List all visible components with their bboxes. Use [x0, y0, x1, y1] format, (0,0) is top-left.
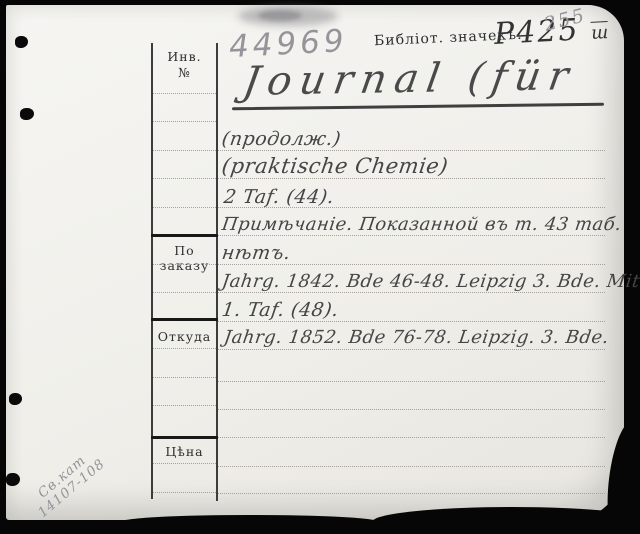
entry-line-4: Примѣчаніе. Показанной въ т. 43 таб.: [221, 214, 623, 235]
ruled-line: [218, 493, 605, 494]
ruled-line: [153, 377, 216, 378]
torn-edge-bottom-left: [120, 515, 380, 529]
entry-line-8: Jahrg. 1852. Bde 76-78. Leipzig. 3. Bde.: [223, 327, 611, 348]
ruled-line: [153, 405, 216, 406]
ruled-line: [218, 207, 605, 208]
column-border-line: [216, 43, 218, 501]
ruled-line: [153, 348, 216, 349]
entry-line-5: нѣтъ.: [220, 242, 292, 264]
ruled-line: [218, 437, 605, 438]
entry-line-6: Jahrg. 1842. Bde 46-48. Leipzig 3. Bde. …: [221, 271, 640, 292]
entry-line-2: (praktische Chemie): [220, 154, 449, 178]
ruled-line: [153, 292, 216, 293]
ruled-line: [218, 235, 605, 236]
ruled-line: [153, 463, 216, 464]
ruled-line: [153, 121, 216, 122]
library-mark-roman-numeral: ш: [591, 22, 609, 44]
torn-edge-bottom: [372, 507, 640, 534]
ruled-line: [218, 292, 605, 293]
ruled-line: [218, 264, 605, 265]
field-label-origin: Откуда: [152, 329, 217, 344]
field-label-inventory-line2: №: [178, 65, 191, 80]
ruled-line: [153, 93, 216, 94]
ruled-line: [153, 150, 216, 151]
entry-line-1: (продолж.): [220, 128, 342, 150]
section-divider-thick: [151, 234, 218, 237]
field-label-inventory: Инв. №: [152, 49, 217, 81]
section-divider-thick: [151, 318, 218, 321]
scanned-catalog-card: 44969 Библіот. значекъ: P425 ш 255 Journ…: [0, 0, 640, 534]
column-border-line: [151, 43, 153, 499]
entry-line-3: 2 Taf. (44).: [222, 186, 335, 208]
stamp-smudge-dark: [258, 10, 302, 21]
ruled-line: [218, 349, 605, 350]
field-label-inventory-line1: Инв.: [167, 49, 201, 64]
entry-line-7: 1. Taf. (48).: [220, 299, 340, 321]
field-label-price: Цѣна: [152, 444, 217, 459]
card-title-handwritten: Journal (für: [240, 53, 580, 105]
ruled-line: [218, 381, 605, 382]
ruled-line: [218, 409, 605, 410]
ruled-line: [218, 178, 605, 179]
field-label-order: По заказу: [152, 243, 217, 273]
ruled-line: [153, 264, 216, 265]
ruled-line: [153, 492, 216, 493]
ruled-line: [218, 321, 605, 322]
ruled-line: [153, 178, 216, 179]
ruled-line: [218, 466, 605, 467]
section-divider-thick: [151, 436, 218, 439]
ruled-line: [218, 150, 605, 151]
ruled-line: [153, 207, 216, 208]
